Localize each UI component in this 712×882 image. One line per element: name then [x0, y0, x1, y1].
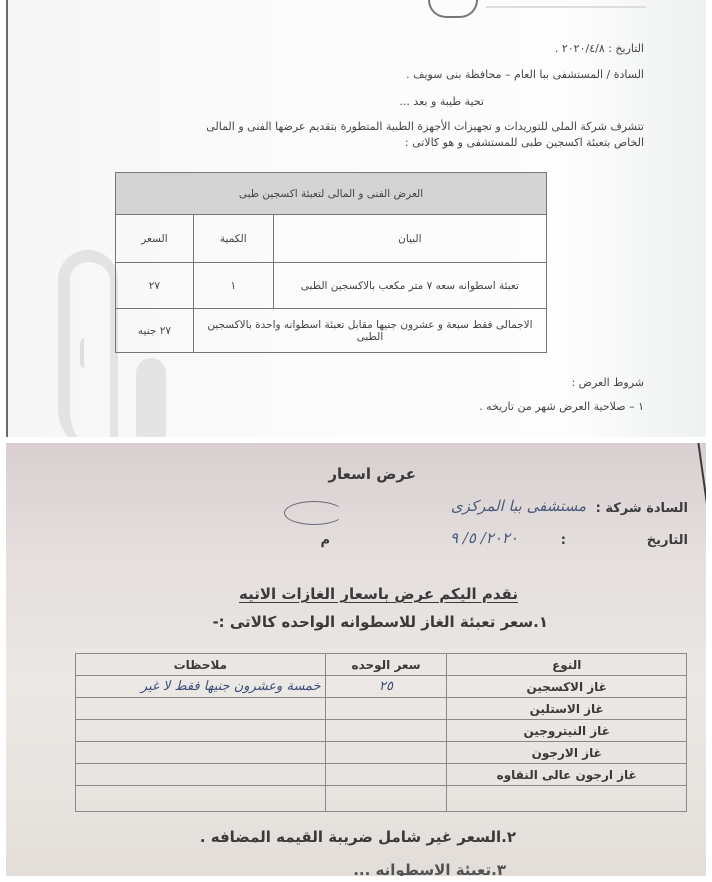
unit-price: [325, 698, 447, 720]
item-1-text: ١.سعر تعبئة الغاز للاسطوانه الواحده كالا…: [212, 613, 548, 631]
date-suffix: م: [320, 533, 330, 548]
item-2-text: ٢.السعر غير شامل ضريبة القيمه المضافه .: [200, 828, 516, 846]
term-1: ١ – صلاحية العرض شهر من تاريخه .: [479, 400, 644, 413]
notes: [76, 698, 326, 720]
notes: [76, 720, 326, 742]
document-title: عرض اسعار: [328, 465, 416, 483]
table-row: [76, 786, 687, 812]
company-label: السادة شركة :: [596, 501, 688, 516]
total-label: الاجمالى فقط سبعة و عشرون جنيها مقابل تع…: [193, 309, 546, 353]
date-line: التاريخ : ٢٠٢٠/٤/٨ .: [555, 42, 644, 55]
gas-type: [447, 786, 687, 812]
gas-type: غاز الاكسجين: [447, 676, 687, 698]
terms-title: شروط العرض :: [571, 376, 644, 389]
item-3-text-cut-off: ٣.تعبئة الاسطوانه ...: [353, 861, 506, 876]
notes-handwritten: خمسة وعشرون جنيها فقط لا غير: [76, 676, 326, 698]
table-title: العرض الفنى و المالى لتعبئة اكسجين طبى: [116, 173, 547, 215]
table-row: غاز الاكسجين ٢٥ خمسة وعشرون جنيها فقط لا…: [76, 676, 687, 698]
unit-price-handwritten: ٢٥: [325, 676, 447, 698]
oxygen-offer-table: العرض الفنى و المالى لتعبئة اكسجين طبى ا…: [115, 172, 547, 353]
table-row: غاز الاستلين: [76, 698, 687, 720]
column-header-notes: ملاحظات: [76, 654, 326, 676]
letterhead-rule: [486, 6, 646, 8]
table-header-row: النوع سعر الوحده ملاحظات: [76, 654, 687, 676]
item-quantity: ١: [193, 263, 273, 309]
table-row: غاز النيتروجين: [76, 720, 687, 742]
company-logo-icon: [428, 0, 478, 18]
gas-type: غاز ارجون عالى النقاوه: [447, 764, 687, 786]
unit-price: [325, 742, 447, 764]
gas-price-table: النوع سعر الوحده ملاحظات غاز الاكسجين ٢٥…: [75, 653, 687, 812]
recipient-line: السادة / المستشفى ببا العام – محافظة بنى…: [406, 68, 644, 81]
unit-price: [325, 764, 447, 786]
paper-edge-line: [696, 443, 706, 572]
notes: [76, 742, 326, 764]
table-row: غاز الارجون: [76, 742, 687, 764]
gas-type: غاز الاستلين: [447, 698, 687, 720]
offer-heading: نقدم اليكم عرض باسعار الغازات الاتيه: [239, 585, 518, 603]
greeting: تحية طيبة و بعد ...: [399, 95, 484, 108]
total-row: الاجمالى فقط سبعة و عشرون جنيها مقابل تع…: [116, 309, 547, 353]
company-handwritten: مستشفى ببا المركزى: [451, 497, 586, 515]
notes: [76, 764, 326, 786]
item-description: تعبئة اسطوانه سعه ٧ متر مكعب بالاكسجين ا…: [273, 263, 546, 309]
total-value: ٢٧ جنيه: [116, 309, 194, 353]
date-separator: :: [561, 533, 566, 548]
watermark-drop-icon: [136, 358, 166, 437]
table-row: تعبئة اسطوانه سعه ٧ متر مكعب بالاكسجين ا…: [116, 263, 547, 309]
column-header-type: النوع: [447, 654, 687, 676]
date-handwritten: ٢٠٢٠/ ٥/ ٩: [450, 529, 518, 547]
handwritten-oval-stroke: [284, 501, 344, 525]
gas-type: غاز الارجون: [447, 742, 687, 764]
intro-line-2: الخاص بتعبئة اكسجين طبى للمستشفى و هو كا…: [405, 136, 644, 149]
table-row: غاز ارجون عالى النقاوه: [76, 764, 687, 786]
notes: [76, 786, 326, 812]
unit-price: [325, 720, 447, 742]
watermark-curl-icon: [80, 338, 90, 368]
top-document-photo: التاريخ : ٢٠٢٠/٤/٨ . السادة / المستشفى ب…: [6, 0, 706, 437]
column-header-description: البيان: [273, 215, 546, 263]
column-header-price: السعر: [116, 215, 194, 263]
item-price: ٢٧: [116, 263, 194, 309]
column-header-quantity: الكمية: [193, 215, 273, 263]
date-label: التاريخ: [647, 533, 688, 548]
bottom-document-photo: عرض اسعار السادة شركة : مستشفى ببا المرك…: [6, 443, 706, 876]
intro-line-1: تتشرف شركة الملى للتوريدات و تجهيزات الأ…: [206, 120, 644, 133]
column-header-unit-price: سعر الوحده: [325, 654, 447, 676]
unit-price: [325, 786, 447, 812]
gas-type: غاز النيتروجين: [447, 720, 687, 742]
